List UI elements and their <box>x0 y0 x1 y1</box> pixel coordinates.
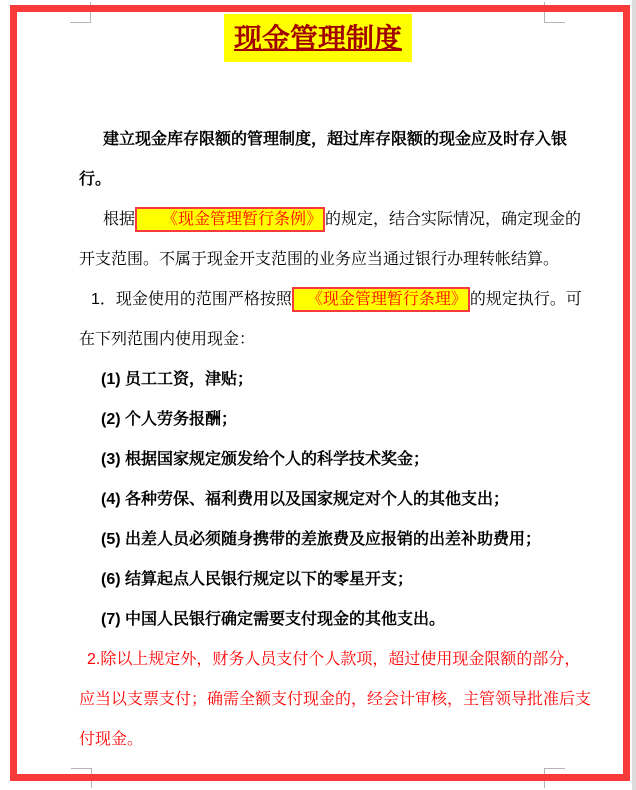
regulation-highlight-2: 《现金管理暂行条理》 <box>292 287 470 312</box>
title-row: 现金管理制度 <box>0 14 636 62</box>
list-item-4: (4) 各种劳保、福利费用以及国家规定对个人的其他支出； <box>79 480 591 520</box>
paragraph-basis: 根据《现金管理暂行条例》的规定，结合实际情况，确定现金的开支范围。不属于现金开支… <box>79 200 591 280</box>
regulation-highlight-1: 《现金管理暂行条例》 <box>135 207 325 232</box>
paragraph-rule-2: 2.除以上规定外，财务人员支付个人款项，超过使用现金限额的部分，应当以支票支付；… <box>79 640 591 760</box>
paragraph-basis-before: 根据 <box>103 211 135 228</box>
list-item-7: (7) 中国人民银行确定需要支付现金的其他支出。 <box>79 600 591 640</box>
document-body: 建立现金库存限额的管理制度，超过库存限额的现金应及时存入银行。 根据《现金管理暂… <box>79 120 591 760</box>
paragraph-intro: 建立现金库存限额的管理制度，超过库存限额的现金应及时存入银行。 <box>79 120 591 200</box>
page-edge-strip <box>632 0 636 790</box>
document-title: 现金管理制度 <box>224 14 412 62</box>
list-item-5: (5) 出差人员必须随身携带的差旅费及应报销的出差补助费用； <box>79 520 591 560</box>
paragraph-rule-1-before: 1．现金使用的范围严格按照 <box>91 291 292 308</box>
list-item-6: (6) 结算起点人民银行规定以下的零星开支； <box>79 560 591 600</box>
paragraph-rule-1: 1．现金使用的范围严格按照《现金管理暂行条理》的规定执行。可在下列范围内使用现金… <box>79 280 591 360</box>
list-item-2: (2) 个人劳务报酬； <box>79 400 591 440</box>
list-item-3: (3) 根据国家规定颁发给个人的科学技术奖金； <box>79 440 591 480</box>
document-page: 现金管理制度 建立现金库存限额的管理制度，超过库存限额的现金应及时存入银行。 根… <box>0 0 636 790</box>
list-item-1: (1) 员工工资，津贴； <box>79 360 591 400</box>
